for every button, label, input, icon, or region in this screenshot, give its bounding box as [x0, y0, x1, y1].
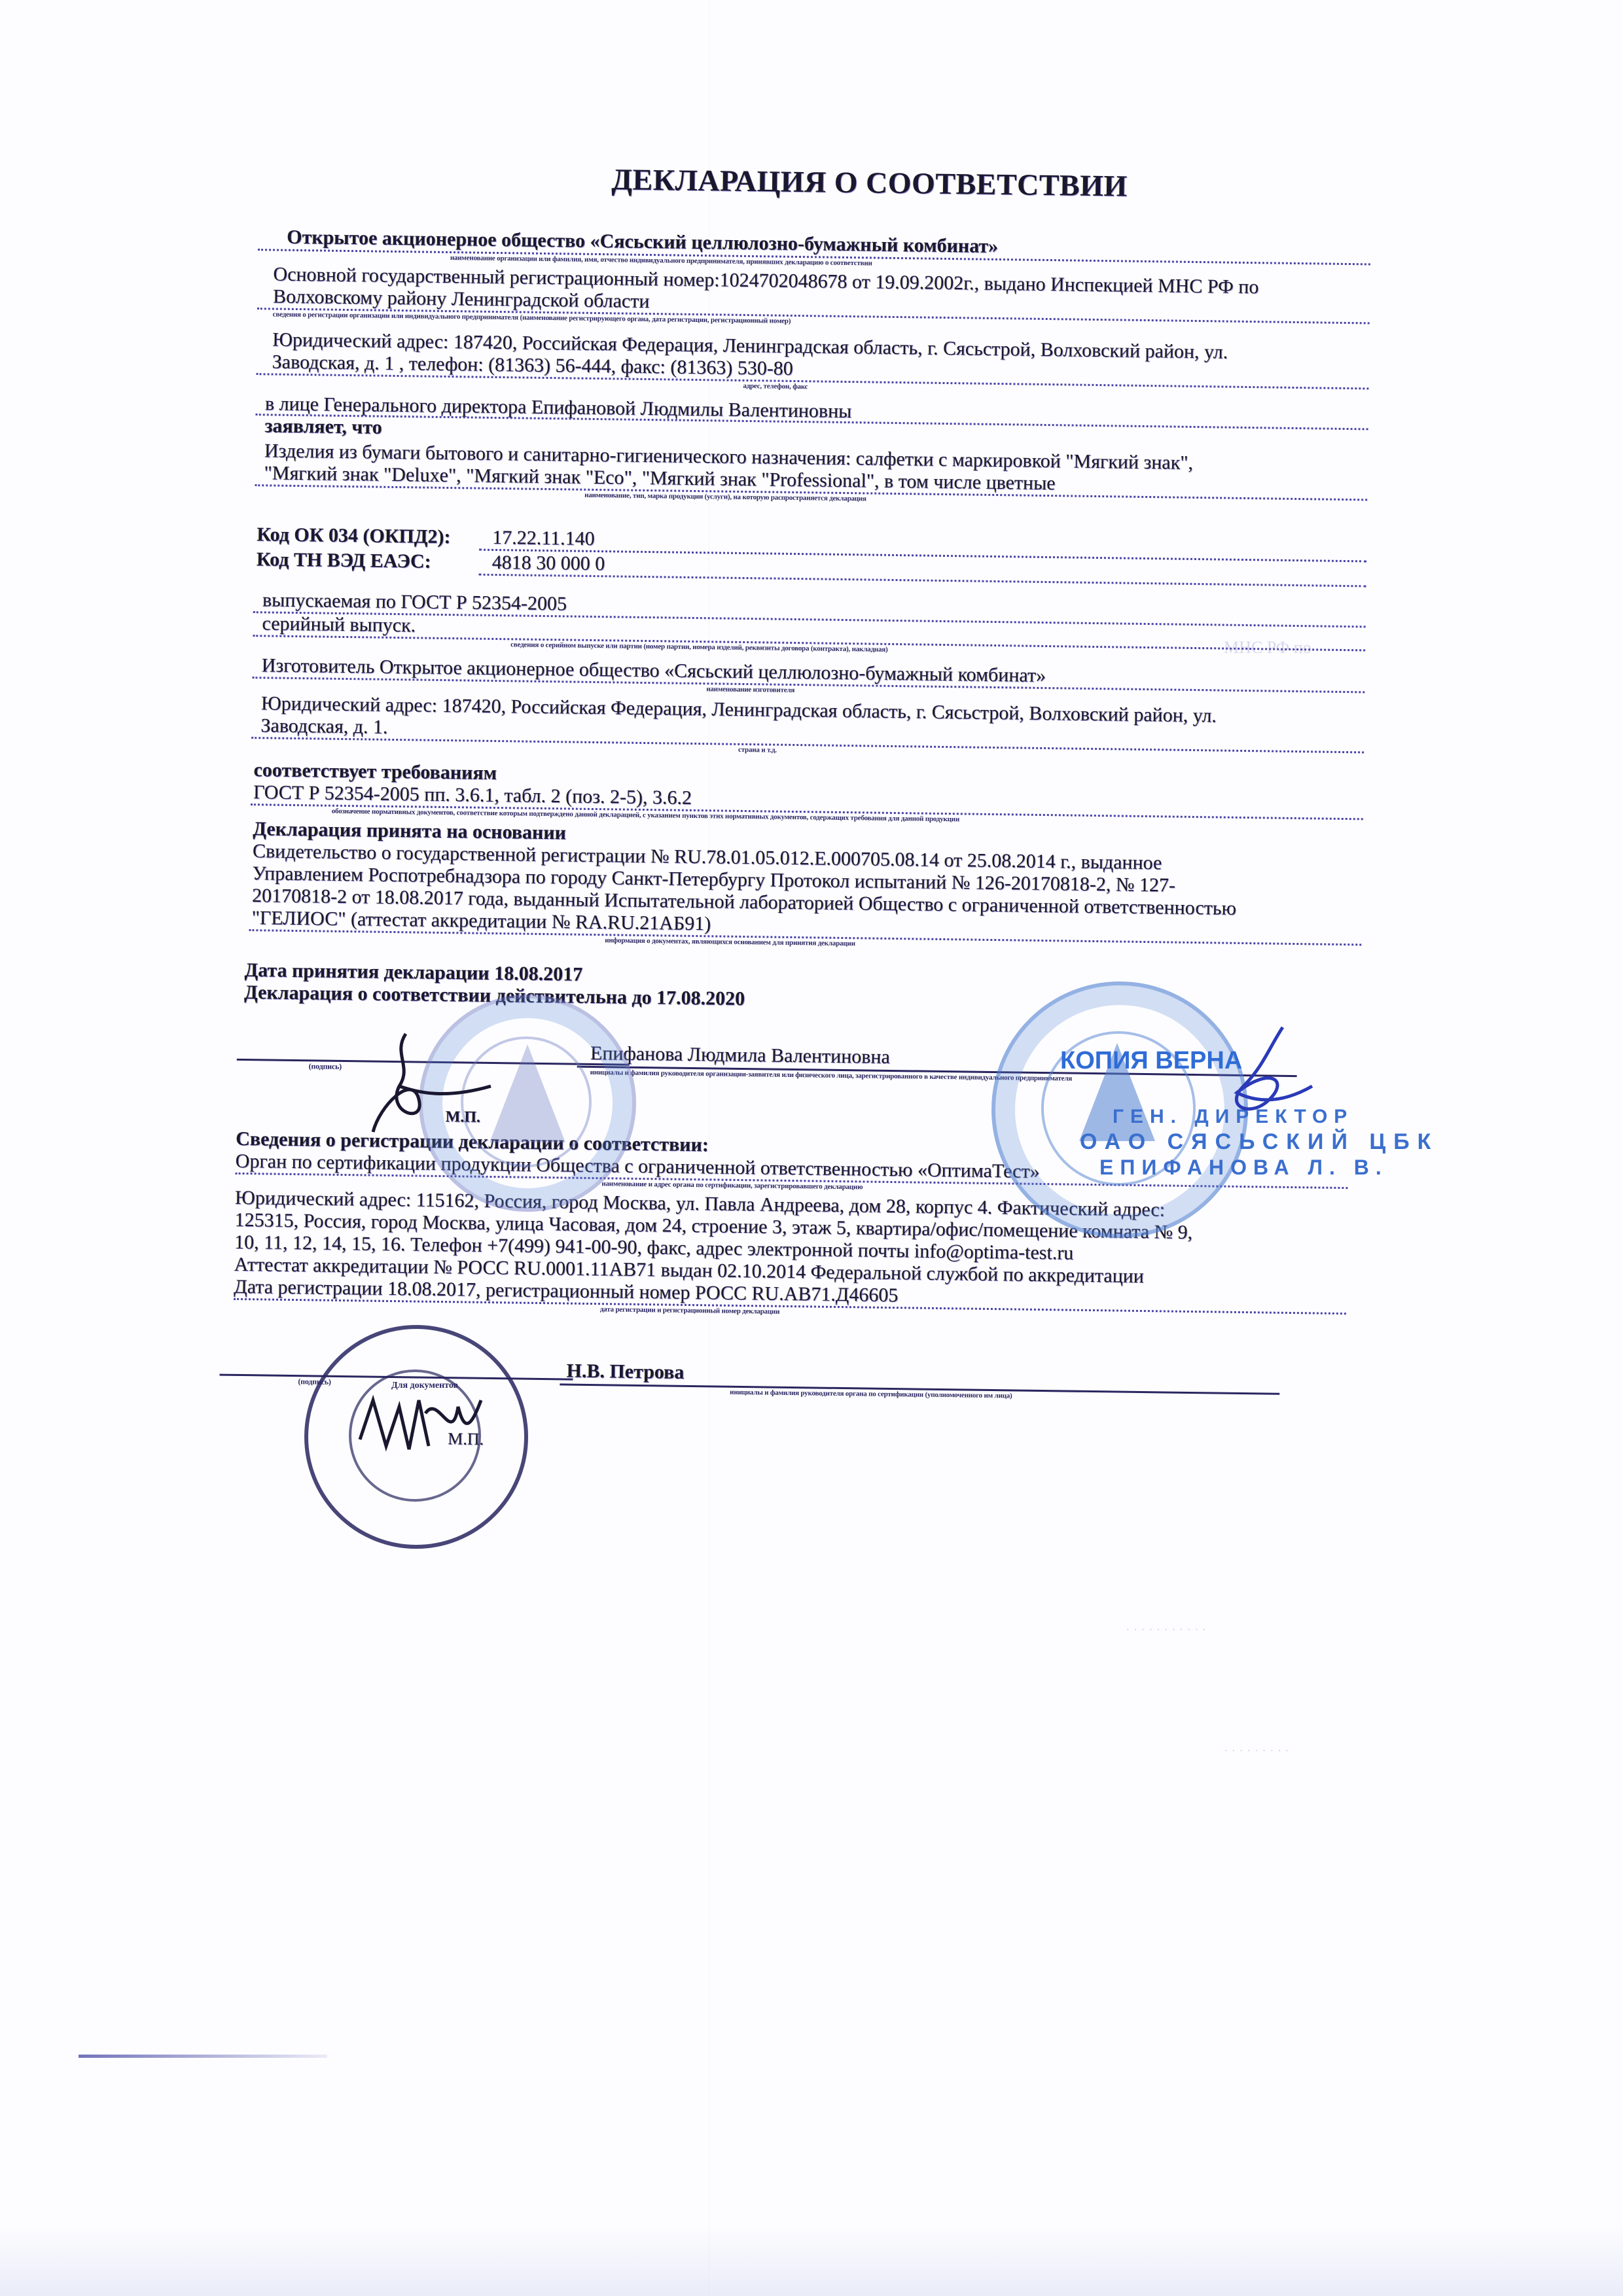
tnved-label: Код ТН ВЭД ЕАЭС: [257, 548, 431, 573]
applicant-name: Открытое акционерное общество «Сясьский … [287, 226, 998, 258]
bleed-through-noise: · · · · · · · · · · · [1126, 1623, 1206, 1638]
applicant-address-caption: адрес, телефон, факс [743, 382, 808, 391]
copy-certified-company: ОАО СЯСЬСКИЙ ЦБК [1080, 1129, 1438, 1155]
registration-signature-icon [353, 1387, 484, 1459]
manufacturer-caption: наименование изготовителя [706, 685, 794, 694]
bleed-through-noise: · · · · · · · · · [1224, 1744, 1289, 1759]
certifier-signature-icon [1211, 1021, 1315, 1119]
manufacturer-address-caption: страна и т.д. [738, 746, 777, 754]
registration-caption: дата регистрации и регистрационный номер… [600, 1305, 780, 1316]
conformity-heading: соответствует требованиям [253, 759, 497, 785]
scan-artifact-line [79, 2055, 327, 2058]
product-release-type: серийный выпуск. [262, 612, 416, 637]
applicant-signature-caption: (подпись) [309, 1062, 342, 1070]
bleed-through-text: МНС РФ по [1224, 638, 1311, 658]
manufacturer-address-line2: Заводская, д. 1. [260, 715, 387, 739]
divider [253, 611, 1366, 627]
registration-signer-name: Н.В. Петрова [566, 1360, 684, 1384]
divider [479, 549, 1366, 563]
divider [479, 574, 1366, 588]
page-title: ДЕКЛАРАЦИЯ О СООТВЕТСТВИИ [611, 162, 1128, 203]
applicant-signature-icon [366, 1027, 497, 1139]
divider [257, 373, 1369, 389]
tnved-value: 4818 30 000 0 [492, 552, 605, 575]
tree-logo-icon [490, 1044, 565, 1142]
applicant-signer-name: Епифанова Людмила Валентиновна [590, 1042, 890, 1069]
okpd2-value: 17.22.11.140 [492, 527, 595, 550]
applicant-declares: заявляет, что [264, 415, 382, 438]
scanned-page: ДЕКЛАРАЦИЯ О СООТВЕТСТВИИ Открытое акцио… [0, 0, 1623, 2296]
okpd2-label: Код ОК 034 (ОКПД2): [257, 523, 451, 548]
divider [251, 737, 1364, 753]
copy-certified-signer: ЕПИФАНОВА Л. В. [1099, 1156, 1388, 1180]
manufacturer-address-line1: Юридический адрес: 187420, Российская Фе… [261, 692, 1217, 727]
scan-bottom-shade [0, 2225, 1623, 2296]
